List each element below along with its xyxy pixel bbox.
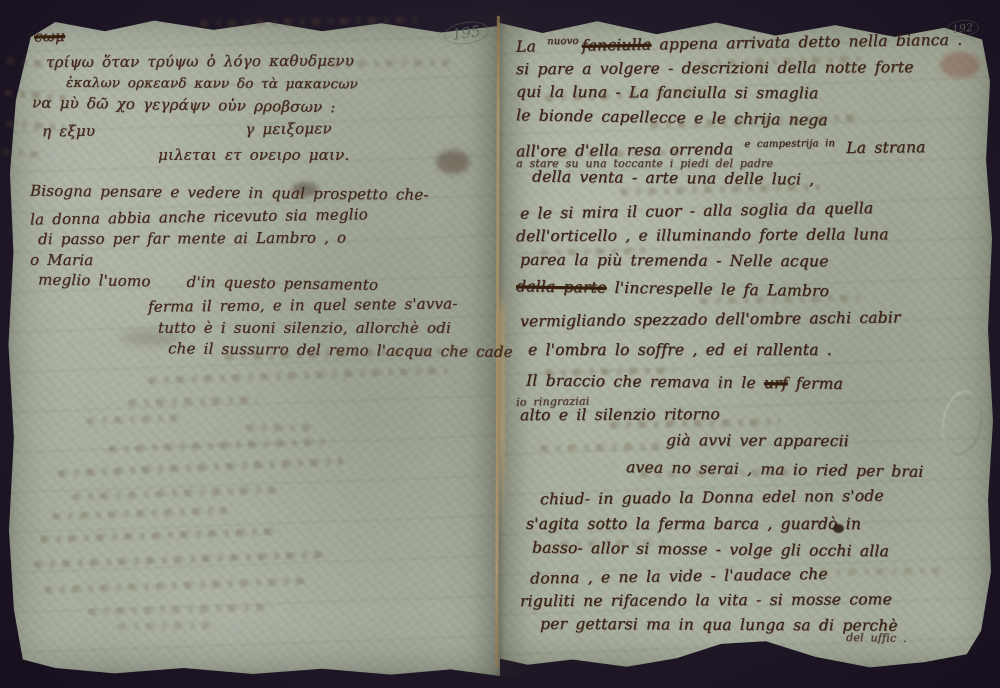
- crossed-out-word: fanciulla: [582, 36, 652, 55]
- handwritten-text: τρίψω ὅταν τρύψω ὁ λόγο καθυδμενυ: [46, 52, 354, 72]
- handwritten-text: s'agita sotto la ferma barca , guardò in: [526, 515, 861, 533]
- manuscript-line: e l'ombra lo soffre , ed ei rallenta .: [528, 338, 990, 363]
- manuscript-line: chiud- in guado la Donna edel non s'ode: [540, 483, 990, 513]
- manuscript-line: vermigliando spezzado dell'ombre aschi c…: [520, 305, 990, 335]
- handwritten-text: ἐκαλων ορκεανδ κανν δο τὰ μακανϲων: [66, 75, 358, 93]
- handwritten-text: per gettarsi ma in qua lunga sa di perch…: [540, 615, 898, 635]
- manuscript-line: di passo per far mente ai Lambro , o: [38, 226, 482, 251]
- handwritten-text: e campestrija in: [744, 138, 835, 150]
- handwritten-text: meglio l'uomo: [38, 271, 151, 291]
- manuscript-photo: ϲωμτρίψω ὅταν τρύψω ὁ λόγο καθυδμενυἐκαλ…: [0, 0, 1000, 688]
- handwritten-text: del uffic .: [846, 631, 907, 645]
- handwritten-text: tutto è i suoni silenzio, allorchè odi: [158, 319, 451, 337]
- manuscript-line: tutto è i suoni silenzio, allorchè odi: [158, 317, 482, 339]
- handwritten-text: ferma il remo, e in quel sente s'avva-: [148, 295, 458, 316]
- handwritten-text: e l'ombra lo soffre , ed ei rallenta .: [528, 341, 832, 359]
- left-page-handwriting: ϲωμτρίψω ὅταν τρύψω ὁ λόγο καθυδμενυἐκαλ…: [30, 22, 482, 362]
- manuscript-line: dell'orticello , e illuminando forte del…: [516, 222, 990, 250]
- handwritten-text: chiud- in guado la Donna edel non s'ode: [540, 487, 884, 509]
- handwritten-text: μιλεται ετ ονειρο μαιν.: [158, 146, 349, 164]
- handwritten-text: o Maria: [30, 250, 94, 268]
- handwritten-text: dell'orticello , e illuminando forte del…: [516, 226, 889, 246]
- manuscript-line: s'agita sotto la ferma barca , guardò in: [526, 512, 990, 537]
- handwritten-text: la donna abbia anche ricevuto sia meglio: [30, 205, 368, 228]
- handwritten-text: e le si mira il cuor - alla soglia da qu…: [520, 199, 874, 223]
- crossed-out-word: ϲωμ: [34, 27, 65, 45]
- handwritten-text: vermigliando spezzado dell'ombre aschi c…: [520, 309, 901, 331]
- ink-bleedthrough-mark: [246, 424, 316, 432]
- handwritten-text: di passo per far mente ai Lambro , o: [38, 229, 346, 249]
- manuscript-line: η εξμυγ μειξομεν: [42, 115, 482, 142]
- handwritten-text: nuovo: [547, 36, 579, 47]
- handwritten-text: riguliti ne rifacendo la vita - si mosse…: [520, 590, 892, 610]
- crossed-out-word: dalla parte: [516, 277, 607, 296]
- handwritten-text: La strana: [838, 138, 926, 157]
- manuscript-line: riguliti ne rifacendo la vita - si mosse…: [520, 587, 990, 615]
- handwritten-text: La: [516, 37, 544, 55]
- crossed-out-word: urf: [764, 374, 788, 392]
- handwritten-text: già avvi ver apparecii: [666, 431, 849, 450]
- manuscript-line: μιλεται ετ ονειρο μαιν.: [158, 144, 482, 166]
- handwritten-text: γ μειξομεν: [245, 119, 332, 138]
- handwritten-text: donna , e ne la vide - l'audace che: [530, 565, 828, 588]
- handwritten-text: appena arrivata detto nella bianca .: [651, 31, 962, 54]
- fold-edge-sliver: [499, 286, 505, 538]
- handwritten-text: Bisogna pensare e vedere in qual prospet…: [30, 182, 429, 204]
- manuscript-line: ferma il remo, e in quel sente s'avva-: [148, 293, 482, 319]
- handwritten-text: d'in questo pensamento: [186, 273, 378, 294]
- handwritten-text: να μὺ δῶ χο γεγράψν οὐν ρροβσων :: [32, 94, 336, 117]
